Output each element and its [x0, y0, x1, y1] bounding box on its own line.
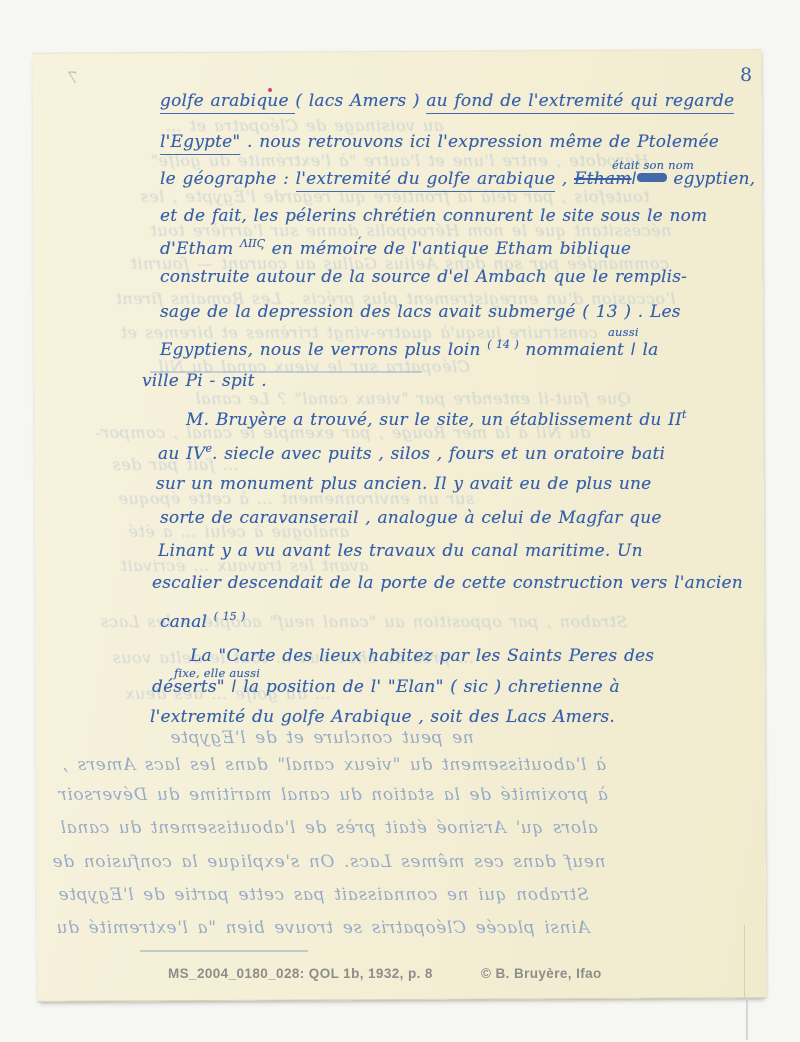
bleedthrough-line: à l'aboutissement du "vieux canal" dans …: [62, 755, 606, 775]
verso-page-number-bleedthrough: 7: [68, 68, 78, 87]
manuscript-line: l'extremité du golfe Arabique , soit des…: [150, 706, 615, 728]
manuscript-line: canal ( 15 ): [160, 606, 245, 633]
manuscript-line: M. Bruyère a trouvé, sur le site, un éta…: [186, 404, 686, 431]
manuscript-line: au IVe. siecle avec puits , silos , four…: [158, 438, 665, 465]
interline-insertion: aussi: [608, 321, 639, 343]
interline-insertion: fixe, elle aussi: [174, 662, 260, 684]
caption-id-text: MS_2004_0180_028: QOL 1b, 1932, p. 8: [168, 966, 433, 981]
bleedthrough-line: neuf dans ces mêmes Lacs. On s'explique …: [52, 852, 605, 872]
manuscript-line: golfe arabique ( lacs Amers ) au fond de…: [160, 90, 734, 112]
manuscript-line: l'Egypte" . nous retrouvons ici l'expres…: [160, 131, 719, 153]
manuscript-line: Linant y a vu avant les travaux du canal…: [158, 540, 643, 562]
manuscript-line: construite autour de la source d'el Amba…: [160, 266, 687, 288]
manuscript-line: sur un monument plus ancien. Il y avait …: [156, 473, 651, 495]
interline-insertion: était son nom: [612, 154, 694, 176]
manuscript-line: Egyptiens, nous le verrons plus loin ( 1…: [160, 334, 658, 361]
manuscript-line: et de fait, les pélerins chrétien connur…: [160, 205, 707, 227]
paper-crease: [746, 1000, 748, 1040]
manuscript-line: déserts" ǀ la position de l' "Elan" ( si…: [152, 676, 620, 698]
bleedthrough-line: ne peut conclure et de l'Egypte: [170, 728, 474, 748]
interline-insertion: ,: [358, 223, 362, 245]
manuscript-line: escalier descendait de la porte de cette…: [152, 572, 743, 594]
caption-copyright-text: © B. Bruyère, Ifao: [481, 966, 602, 981]
manuscript-line: sorte de caravanserail , analogue à celu…: [160, 507, 662, 529]
manuscript-line: sage de la depression des lacs avait sub…: [160, 301, 681, 323]
manuscript-line: le géographe : l'extremité du golfe arab…: [160, 168, 755, 190]
pale-underline: [140, 950, 308, 952]
scanned-manuscript-screenshot: 7 8 au voisinage de Cléopatra et …Hérodo…: [0, 0, 800, 1042]
bleedthrough-line: Ainsi placée Cléopatris se trouve bien "…: [56, 918, 590, 938]
bleedthrough-line: Strabon qui ne connaissait pas cette par…: [58, 885, 589, 905]
bleedthrough-line: à proximité de la station du canal marit…: [58, 785, 608, 805]
interline-insertion: ,: [422, 196, 426, 218]
manuscript-line: ville Pi - spit .: [142, 370, 267, 392]
page-number: 8: [740, 64, 752, 86]
manuscript-line: d'Etham ΛΙΙϚ en mémoire de l'antique Eth…: [160, 233, 631, 260]
bleedthrough-line: alors qu' Arsinoé était près de l'abouti…: [60, 818, 598, 838]
paper-crease: [744, 925, 745, 997]
